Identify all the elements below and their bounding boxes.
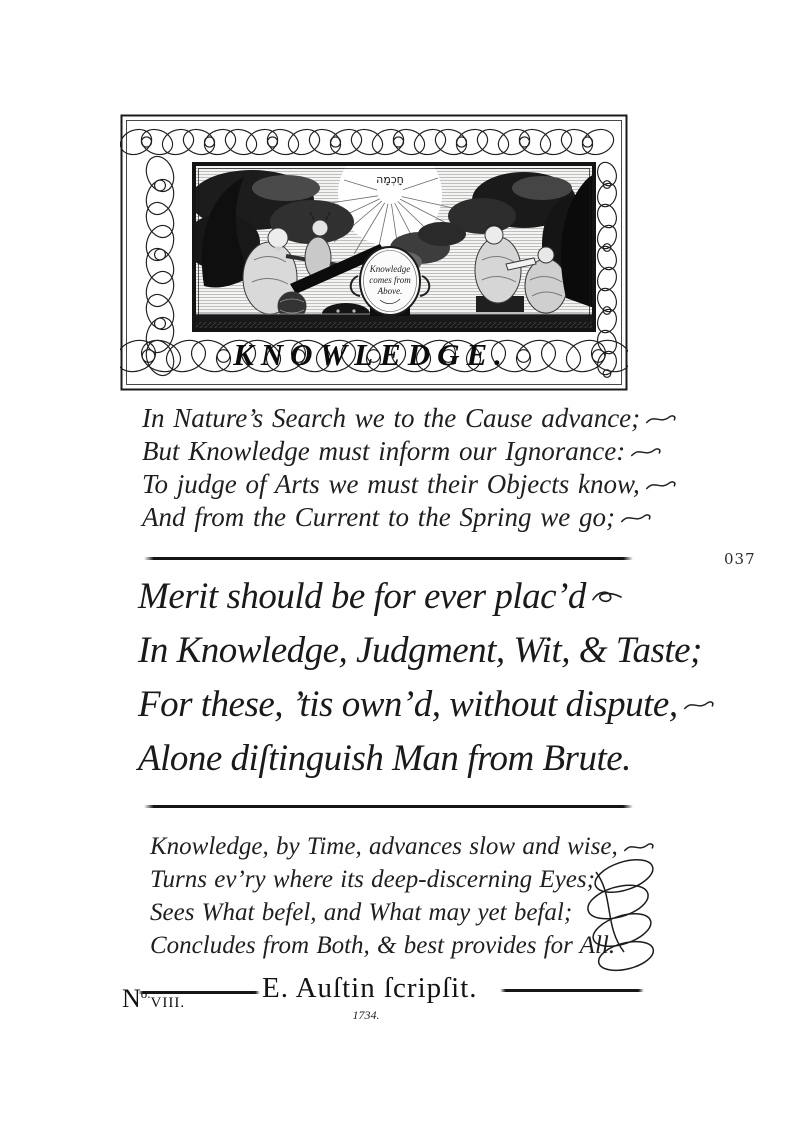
knot-flourish-icon [591,590,623,604]
verse-line: In Nature’s Search we to the Cause advan… [142,402,640,435]
verse-line: But Knowledge must inform our Ignorance: [142,435,625,468]
verse-line: Merit should be for ever plac’d [138,570,586,624]
page-number: 037 [724,550,756,568]
verse-line: For these, ’tis own’d, without dispute, [138,678,678,732]
verse-line: To judge of Arts we must their Objects k… [142,468,640,501]
cartouche-line: Above. [377,286,403,296]
swash-flourish-icon [645,412,677,426]
plate-page: חָכְמָה [0,0,800,1131]
footer-rule-right [500,989,644,992]
section-rule [144,805,633,808]
verse-lower: Knowledge, by Time, advances slow and wi… [150,830,655,962]
engraver-credit: E. Auſtin ſcripſit. [262,972,478,1005]
verse-upper: In Nature’s Search we to the Cause advan… [142,402,677,534]
swash-flourish-icon [683,698,715,712]
verse-line: Alone diſtinguish Man from Brute. [138,732,631,786]
section-rule [144,557,633,560]
vignette-engraving: חָכְמָה [192,162,596,332]
cartouche-line: Knowledge [369,264,411,274]
cascade-flourish-icon [584,856,660,974]
ground-ledge [194,314,594,330]
swash-flourish-icon [620,511,652,525]
verse-line: Turns ev’ry where its deep-discerning Ey… [150,863,595,896]
plate-number: No.VIII. [122,984,185,1014]
verse-line: In Knowledge, Judgment, Wit, & Taste; [138,624,702,678]
swash-flourish-icon [623,840,655,854]
border-flourish-band-top [120,125,617,158]
verse-line: Sees What befel, and What may yet befal; [150,896,572,929]
verse-middle: Merit should be for ever plac’d In Knowl… [138,570,715,786]
hebrew-inscription: חָכְמָה [376,173,404,186]
engraving-year: 1734. [336,1008,396,1023]
verse-line: Knowledge, by Time, advances slow and wi… [150,830,618,863]
swash-flourish-icon [645,478,677,492]
swash-flourish-icon [630,445,662,459]
cartouche-line: comes from [369,275,411,285]
plate-title: KNOWLEDGE. [120,336,622,374]
plate-number-sup: o. [141,986,151,1001]
verse-line: And from the Current to the Spring we go… [142,501,615,534]
ornamental-frame: חָכְמָה [120,114,628,391]
footer-rule-left [138,991,260,994]
plate-number-prefix: N [122,984,141,1013]
plate-number-roman: VIII. [151,995,186,1011]
verse-line: Concludes from Both, & best provides for… [150,929,615,962]
